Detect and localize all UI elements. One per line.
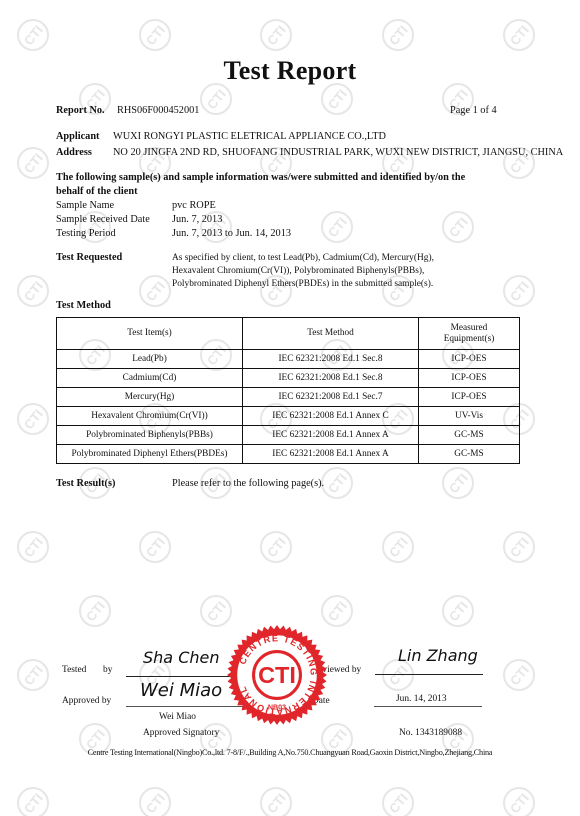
svg-text:CTI: CTI [21, 534, 46, 560]
table-row: Polybrominated Biphenyls(PBBs) IEC 62321… [57, 426, 520, 445]
cti-watermark-icon: CTI [80, 596, 110, 626]
svg-text:CTI: CTI [507, 278, 532, 304]
cti-watermark-icon: CTI [443, 468, 473, 498]
date-line [374, 706, 482, 707]
svg-text:CTI: CTI [21, 406, 46, 432]
cti-watermark-icon: CTI [383, 788, 413, 816]
test-item: Mercury(Hg) [57, 388, 243, 407]
equipment: GC-MS [419, 445, 520, 464]
header-test-method: Test Method [243, 318, 419, 350]
svg-text:CTI: CTI [264, 22, 289, 48]
test-method: IEC 62321:2008 Ed.1 Annex A [243, 445, 419, 464]
cti-watermark-icon: CTI [18, 660, 48, 690]
cti-stamp: CENTRE TESTING INTERNATIONAL CTI NB03 [226, 624, 328, 726]
cti-watermark-icon: CTI [140, 532, 170, 562]
test-result-value: Please refer to the following page(s). [172, 478, 324, 489]
svg-text:CTI: CTI [21, 22, 46, 48]
cti-watermark-icon: CTI [18, 20, 48, 50]
cti-watermark-icon: CTI [18, 276, 48, 306]
test-method: IEC 62321:2008 Ed.1 Sec.7 [243, 388, 419, 407]
address-label: Address [56, 147, 92, 158]
cti-watermark-icon: CTI [443, 212, 473, 242]
stamp-center-text: CTI [258, 662, 296, 688]
svg-text:CTI: CTI [507, 534, 532, 560]
test-item: Hexavalent Chromium(Cr(VI)) [57, 407, 243, 426]
svg-text:CTI: CTI [264, 534, 289, 560]
cti-watermark-icon: CTI [261, 788, 291, 816]
svg-text:CTI: CTI [143, 278, 168, 304]
header-test-items: Test Item(s) [57, 318, 243, 350]
svg-text:CTI: CTI [507, 790, 532, 816]
testing-period-label: Testing Period [56, 228, 116, 239]
svg-text:CTI: CTI [386, 790, 411, 816]
svg-text:CTI: CTI [386, 662, 411, 688]
test-method: IEC 62321:2008 Ed.1 Annex A [243, 426, 419, 445]
cti-watermark-icon: CTI [140, 788, 170, 816]
sample-received-label: Sample Received Date [56, 214, 150, 225]
cti-watermark-icon: CTI [201, 596, 231, 626]
svg-text:CTI: CTI [143, 22, 168, 48]
sample-intro-line2: behalf of the client [56, 186, 138, 197]
svg-text:CTI: CTI [21, 662, 46, 688]
stamp-code: NB03 [268, 704, 286, 712]
test-requested-line1: As specified by client, to test Lead(Pb)… [172, 253, 434, 263]
test-requested-label: Test Requested [56, 252, 122, 263]
tested-by-signature: Sha Chen [143, 648, 219, 667]
svg-text:CTI: CTI [325, 214, 350, 240]
report-no: RHS06F000452001 [117, 105, 199, 116]
svg-text:CTI: CTI [386, 22, 411, 48]
reviewed-by-line [375, 674, 483, 675]
equipment: UV-Vis [419, 407, 520, 426]
equipment: ICP-OES [419, 369, 520, 388]
table-row: Cadmium(Cd) IEC 62321:2008 Ed.1 Sec.8 IC… [57, 369, 520, 388]
report-no-label: Report No. [56, 105, 105, 116]
sample-name-value: pvc ROPE [172, 200, 216, 211]
svg-text:CTI: CTI [143, 790, 168, 816]
sample-name-label: Sample Name [56, 200, 114, 211]
cti-watermark-icon: CTI [443, 596, 473, 626]
cti-watermark-icon: CTI [322, 468, 352, 498]
table-row: Polybrominated Diphenyl Ethers(PBDEs) IE… [57, 445, 520, 464]
page-number: Page 1 of 4 [450, 105, 497, 116]
svg-text:CTI: CTI [446, 214, 471, 240]
approver-title: Approved Signatory [143, 728, 219, 738]
cti-watermark-icon: CTI [322, 84, 352, 114]
page-title: Test Report [0, 56, 580, 86]
cti-watermark-icon: CTI [261, 20, 291, 50]
svg-text:CTI: CTI [325, 86, 350, 112]
header-equipment-line2: Equipment(s) [444, 334, 495, 344]
table-header-row: Test Item(s) Test Method Measured Equipm… [57, 318, 520, 350]
svg-text:CTI: CTI [204, 598, 229, 624]
test-item: Polybrominated Diphenyl Ethers(PBDEs) [57, 445, 243, 464]
cti-watermark-icon: CTI [322, 596, 352, 626]
svg-text:CTI: CTI [446, 470, 471, 496]
test-result-label: Test Result(s) [56, 478, 115, 489]
approved-by-label: Approved by [62, 696, 111, 706]
svg-text:CTI: CTI [325, 470, 350, 496]
testing-period-value: Jun. 7, 2013 to Jun. 14, 2013 [172, 228, 291, 239]
equipment: ICP-OES [419, 350, 520, 369]
equipment: ICP-OES [419, 388, 520, 407]
test-method: IEC 62321:2008 Ed.1 Sec.8 [243, 369, 419, 388]
test-method-label: Test Method [56, 300, 111, 311]
svg-text:CTI: CTI [21, 790, 46, 816]
sample-intro-line1: The following sample(s) and sample infor… [56, 172, 465, 183]
table-row: Lead(Pb) IEC 62321:2008 Ed.1 Sec.8 ICP-O… [57, 350, 520, 369]
cti-watermark-icon: CTI [140, 20, 170, 50]
test-item: Polybrominated Biphenyls(PBBs) [57, 426, 243, 445]
cti-watermark-icon: CTI [383, 20, 413, 50]
tested-by-label: by [103, 665, 112, 675]
svg-text:CTI: CTI [21, 278, 46, 304]
date-value: Jun. 14, 2013 [396, 694, 447, 704]
cti-watermark-icon: CTI [322, 212, 352, 242]
equipment: GC-MS [419, 426, 520, 445]
cti-watermark-icon: CTI [261, 532, 291, 562]
footer-address: Centre Testing International(Ningbo)Co.,… [0, 748, 580, 757]
test-item: Lead(Pb) [57, 350, 243, 369]
cti-watermark-icon: CTI [504, 20, 534, 50]
cti-watermark-icon: CTI [504, 788, 534, 816]
certificate-number: No. 1343189088 [399, 728, 462, 738]
svg-text:CTI: CTI [507, 662, 532, 688]
svg-text:CTI: CTI [264, 790, 289, 816]
test-method-table: Test Item(s) Test Method Measured Equipm… [56, 317, 520, 464]
svg-text:CTI: CTI [83, 598, 108, 624]
header-equipment: Measured Equipment(s) [419, 318, 520, 350]
svg-text:CTI: CTI [204, 86, 229, 112]
test-item: Cadmium(Cd) [57, 369, 243, 388]
svg-text:CTI: CTI [507, 22, 532, 48]
cti-watermark-icon: CTI [18, 404, 48, 434]
approved-by-signature: Wei Miao [140, 680, 222, 701]
sample-received-value: Jun. 7, 2013 [172, 214, 222, 225]
svg-text:CTI: CTI [386, 534, 411, 560]
test-method: IEC 62321:2008 Ed.1 Sec.8 [243, 350, 419, 369]
table-row: Mercury(Hg) IEC 62321:2008 Ed.1 Sec.7 IC… [57, 388, 520, 407]
applicant-label: Applicant [56, 131, 100, 142]
address-value: NO 20 JINGFA 2ND RD, SHUOFANG INDUSTRIAL… [113, 147, 563, 158]
cti-watermark-icon: CTI [18, 532, 48, 562]
svg-text:CTI: CTI [21, 150, 46, 176]
reviewed-by-signature: Lin Zhang [398, 646, 478, 665]
cti-watermark-icon: CTI [140, 276, 170, 306]
approver-name: Wei Miao [159, 712, 196, 722]
svg-text:CTI: CTI [325, 598, 350, 624]
cti-watermark-icon: CTI [18, 148, 48, 178]
cti-watermark-icon: CTI [18, 788, 48, 816]
svg-text:CTI: CTI [446, 598, 471, 624]
test-requested-line2: Hexavalent Chromium(Cr(VI)), Polybromina… [172, 266, 424, 276]
cti-watermark-icon: CTI [504, 660, 534, 690]
tested-label: Tested [62, 665, 86, 675]
header-equipment-line1: Measured [451, 323, 488, 333]
cti-watermark-icon: CTI [201, 84, 231, 114]
cti-watermark-icon: CTI [504, 532, 534, 562]
cti-watermark-icon: CTI [383, 532, 413, 562]
test-method: IEC 62321:2008 Ed.1 Annex C [243, 407, 419, 426]
test-requested-line3: Polybrominated Diphenyl Ethers(PBDEs) in… [172, 279, 433, 289]
table-row: Hexavalent Chromium(Cr(VI)) IEC 62321:20… [57, 407, 520, 426]
svg-text:CTI: CTI [143, 534, 168, 560]
cti-watermark-icon: CTI [504, 276, 534, 306]
applicant-value: WUXI RONGYI PLASTIC ELETRICAL APPLIANCE … [113, 131, 386, 142]
